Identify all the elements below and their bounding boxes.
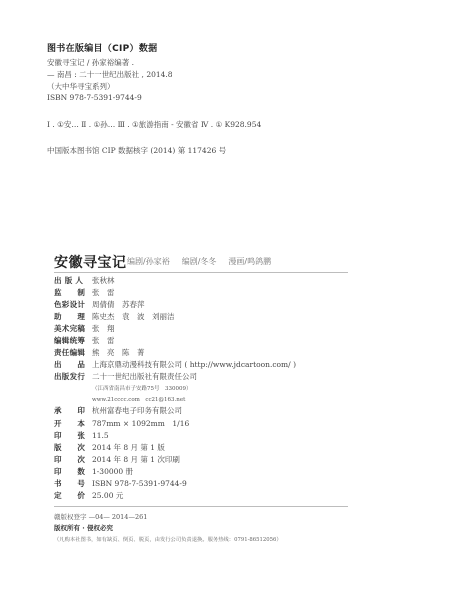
info-row-printer: 承 印杭州富春电子印务有限公司 — [54, 406, 182, 416]
info-row-editorial-coordinator: 编辑统筹张 雷 — [54, 336, 115, 346]
cip-line: 安徽寻宝记 / 孙家裕编著 . — [47, 57, 134, 68]
info-row-price: 定 价25.00 元 — [54, 491, 123, 501]
info-row-format: 开 本787mm × 1092mm 1/16 — [54, 419, 189, 429]
book-title: 安徽寻宝记 — [54, 252, 127, 272]
service-note: （凡购本社图书，如有缺页、倒页、脱页，由发行公司负责退换。服务热线：0791-8… — [54, 535, 282, 543]
cip-line: （大中华寻宝系列） — [47, 81, 115, 92]
info-row-publisher: 出 版 人张秋林 — [54, 276, 115, 286]
publisher-address: （江西省南昌市子安路75号 330009） — [92, 384, 192, 392]
info-row-art-finish: 美术完稿张 翔 — [54, 324, 115, 334]
cip-heading: 图书在版编目（CIP）数据 — [47, 41, 157, 54]
info-row-distributor: 出版发行二十一世纪出版社有限责任公司 — [54, 372, 197, 382]
info-row-edition: 版 次2014 年 8 月 第 1 版 — [54, 443, 165, 453]
book-credits: 编剧/孙家裕 编剧/冬冬 漫画/鸣鸽鹏 — [127, 256, 271, 267]
credit-illustrator: 漫画/鸣鸽鹏 — [228, 256, 271, 267]
publisher-web: www.21cccc.com cc21@163.net — [92, 395, 185, 403]
info-row-producer: 出 品上海京鼎动漫科技有限公司 ( http://www.jdcartoon.c… — [54, 360, 296, 370]
cip-classification: Ⅰ . ①安… Ⅱ . ①孙… Ⅲ . ①旅游指南 - 安徽省 Ⅳ . ① K9… — [47, 119, 261, 130]
title-divider — [54, 272, 348, 273]
copyright-contract-number: 赣版权登字 —04— 2014—261 — [54, 512, 147, 521]
footer-divider — [54, 506, 348, 507]
info-row-isbn: 书 号ISBN 978-7-5391-9744-9 — [54, 479, 187, 489]
credit-writer-1: 编剧/孙家裕 — [127, 256, 170, 267]
credit-writer-2: 编剧/冬冬 — [182, 256, 217, 267]
info-row-printing: 印 次2014 年 8 月 第 1 次印刷 — [54, 455, 180, 465]
info-row-supervisor: 监 制张 雷 — [54, 288, 115, 298]
info-row-responsible-editor: 责任编辑熊 亮 陈 菁 — [54, 348, 145, 358]
info-row-sheets: 印 张11.5 — [54, 431, 109, 441]
info-row-color-design: 色彩设计周倩倩 苏春萍 — [54, 300, 145, 310]
cip-line: — 南昌 : 二十一世纪出版社 , 2014.8 — [47, 69, 173, 80]
cip-record-number: 中国版本图书馆 CIP 数据核字 (2014) 第 117426 号 — [47, 145, 226, 156]
info-row-assistant: 助 理陈史杰 袁 波 刘丽洁 — [54, 312, 175, 322]
cip-isbn: ISBN 978-7-5391-9744-9 — [47, 93, 142, 102]
info-row-print-run: 印 数1-30000 册 — [54, 467, 133, 477]
rights-reserved: 版权所有 · 侵权必究 — [54, 523, 113, 532]
